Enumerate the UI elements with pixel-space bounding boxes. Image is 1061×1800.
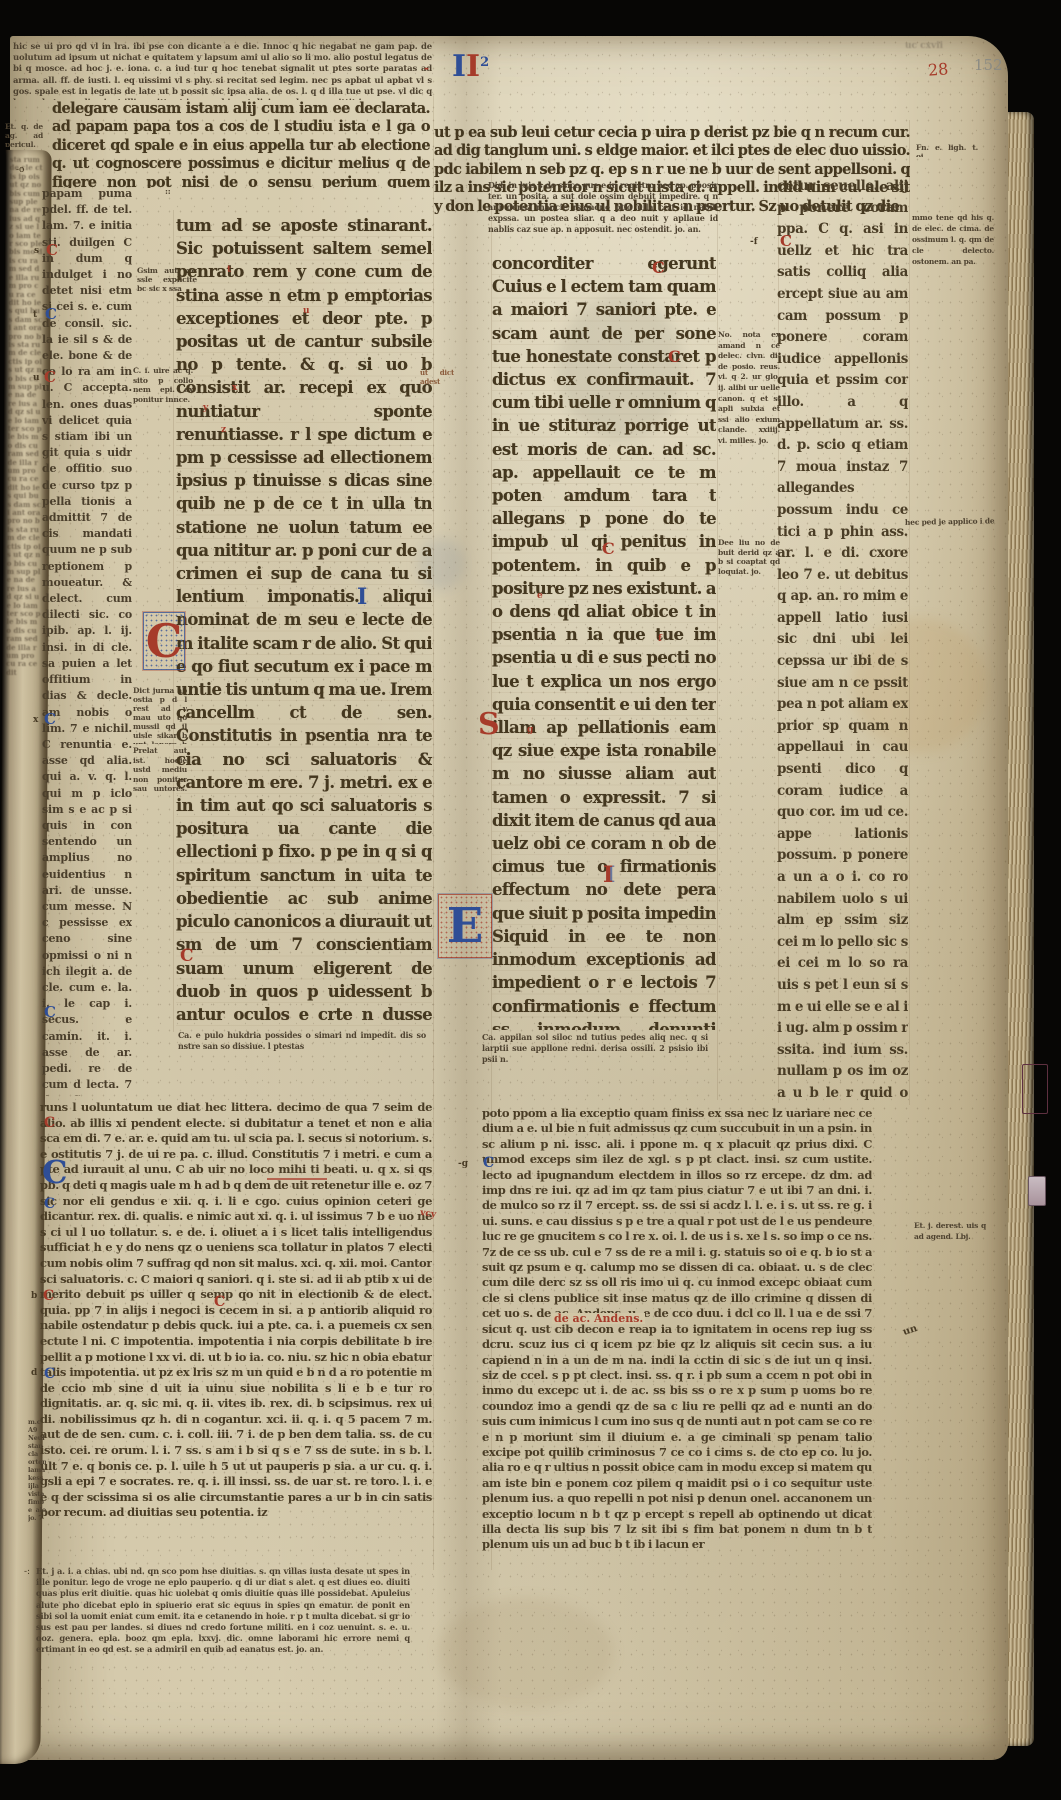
ref-letter-y: y <box>203 404 208 413</box>
paraph-blue-margin-1: C <box>45 307 57 322</box>
paraph-red-cantor: C <box>180 948 194 965</box>
intercolumn-gloss-1: No. nota ex amand n ce delec. clvn. di. … <box>718 330 780 448</box>
red-underline <box>267 1178 327 1180</box>
guide-letter-s: s <box>34 247 39 256</box>
paraph-blue-margin-3: C <box>44 1005 56 1020</box>
erased-inscription: uc cxvii <box>905 42 943 51</box>
manuscript-photo: sta rum de cle ctis ip ois ut qz no bis … <box>0 0 1061 1800</box>
decorated-initial-e: E <box>438 894 492 958</box>
folio-number-pencil: 152 <box>974 58 1003 73</box>
guide-letter-g: -g <box>458 1160 468 1169</box>
paraph-blue-margin-2: C <box>44 712 56 727</box>
ruling-line <box>433 96 434 1570</box>
quire-numeral-red-stroke: I <box>466 49 480 84</box>
numeral-flourish: 2 <box>480 55 489 70</box>
right-margin-note-2: mmo tene qd his q. de elec. de cima. de … <box>912 212 994 272</box>
paraph-red-right-2: C <box>668 349 681 365</box>
right-main-tail-gloss: Ca. appilan sol siloc nd tutius pedes al… <box>482 1032 708 1066</box>
ruling-line <box>909 120 910 1105</box>
paraph-blue-lowerleft-1: C <box>44 1197 55 1211</box>
two-line-initial-c-blue: C <box>42 1156 67 1188</box>
footer-gloss-block: Et. j a. i. a chias. ubi nd. qn sco pom … <box>36 1566 410 1658</box>
ref-letter-f: f <box>658 635 662 644</box>
left-margin-scraps: m.c A9 Neul stan cla orten lama kess ijl… <box>28 1418 46 1566</box>
guide-letter-u: u <box>33 374 40 383</box>
quire-numeral-blue-stroke: I <box>452 49 466 84</box>
ref-letter-x: x <box>232 384 237 393</box>
paraph-red-margin-2: C <box>44 370 56 385</box>
guide-letter-x: x <box>33 716 38 725</box>
lower-right-commentary: poto ppom a lia exceptio quam finiss ex … <box>482 1106 872 1568</box>
top-gloss: hic se ui pro qd vl in lra. ibi pse con … <box>13 42 432 100</box>
footer-lead-mark: -: <box>24 1568 30 1577</box>
ref-letter-t: t <box>227 266 231 275</box>
guide-letter-f: -f <box>750 238 758 247</box>
paraph-red-margin-1: C <box>46 243 58 258</box>
right-inset-gloss: Did. in luis s de ssice que e in registr… <box>488 180 718 244</box>
quire-numeral: II2 <box>452 52 489 82</box>
right-margin-note-1: Fn. e. ligh. t. oj. <box>916 143 978 157</box>
paraph-red-commentary: C <box>780 234 792 249</box>
ref-letter-u: u <box>303 307 310 316</box>
ruling-line <box>717 125 718 1100</box>
red-dash-mark: - <box>424 62 429 74</box>
ref-letter-e: e <box>537 592 543 601</box>
folio-number-red: 28 <box>927 61 948 78</box>
lower-left-commentary: runs l uoluntatum ue diat hec littera. d… <box>40 1100 432 1568</box>
right-commentary-column: cetur seuelle. alij p ponere coram ppa. … <box>777 176 908 1102</box>
left-margin-dash: -o <box>16 166 24 175</box>
initial-letter-c: C <box>146 614 183 668</box>
paraph-red-lowerleft-2: C <box>43 1289 54 1303</box>
left-main-text-column: tum ad se aposte stinarant. Sic potuisse… <box>176 214 432 1030</box>
right-fore-edge-pages <box>1006 112 1034 1746</box>
inline-initial-i-red: I <box>603 864 613 886</box>
ref-letter-z: z <box>221 426 226 435</box>
initial-letter-e: E <box>447 898 484 954</box>
paraph-blue-lowerleft-2: C <box>44 1367 55 1381</box>
left-margin-top-note: Et. q. de ag. ad pericul. <box>5 123 43 147</box>
inline-initial-i-blue: I <box>357 586 367 608</box>
paraph-red-right-1: C <box>652 260 665 276</box>
paraph-blue-lowerright: C <box>483 1156 494 1170</box>
guide-letter-t: t <box>33 311 37 320</box>
paraph-red-lowerleft-1: C <box>44 1116 55 1130</box>
pink-bookmark-tab <box>1022 1064 1048 1114</box>
small-bookmark-tab <box>1028 1176 1046 1206</box>
ref-letter-g: g <box>527 726 533 735</box>
paraph-red-lowerleft-3: C <box>214 1295 225 1309</box>
left-intro-text: delegare causam istam alij cum iam ee de… <box>52 100 430 188</box>
intercolumn-gloss-2: Dee liu no de buit derid qz a b si coapt… <box>718 538 780 578</box>
flourished-initial-s: S <box>478 710 500 740</box>
red-rubric-words: de ac. Andens. <box>552 1313 645 1324</box>
left-main-tail-gloss: Ca. e pulo hukdria possides o simari nd … <box>178 1030 426 1054</box>
guide-letter-b: b <box>31 1292 37 1301</box>
right-margin-note-3: hec ped je applico i de <box>905 516 1007 532</box>
paraph-red-right-3: C <box>602 541 615 557</box>
guide-letter-d: d <box>31 1369 37 1378</box>
right-margin-note-4: Et. j. derest. uis q ad agend. Lbj. <box>914 1220 986 1246</box>
decorated-initial-c: C <box>143 612 185 670</box>
right-main-text-column: concorditer egerunt Cuius e l ectem tam … <box>492 252 716 1030</box>
